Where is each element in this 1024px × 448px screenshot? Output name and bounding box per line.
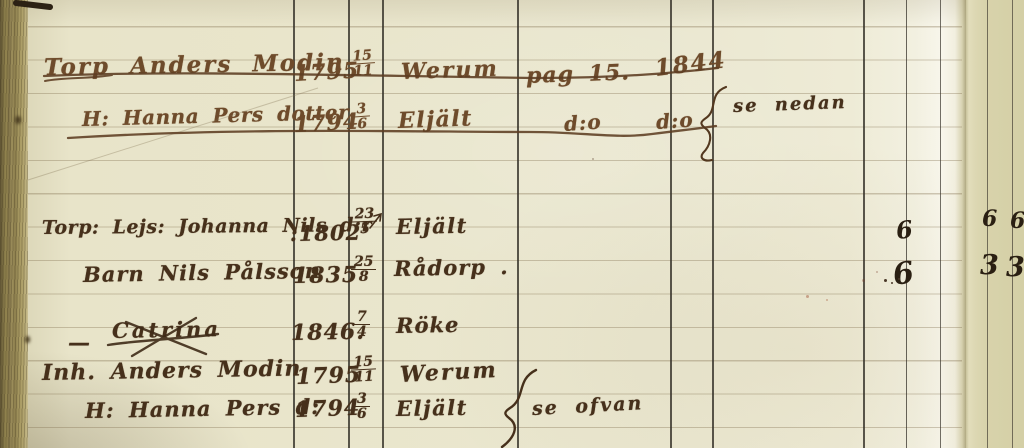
ink-speck [898,278,900,280]
ink-strokes-overlay [0,0,1024,448]
scanned-ledger-page: Torp Anders Modin 1795 15 11 Werum pag 1… [0,0,1024,448]
ink-speck [592,158,594,160]
ink-speck [884,279,887,282]
foxing-speck [862,279,865,282]
ink-speck [891,282,893,284]
curly-brace-lower [502,370,536,447]
top-edge-ink-mark [16,3,50,7]
foxing-speck [876,271,878,273]
curly-brace-upper [701,87,726,161]
strikethrough-row-1 [44,68,718,78]
date-flourish-arrow [370,214,381,228]
foxing-speck [826,299,828,301]
cross-out-x [126,322,206,354]
foxing-speck [806,295,809,298]
